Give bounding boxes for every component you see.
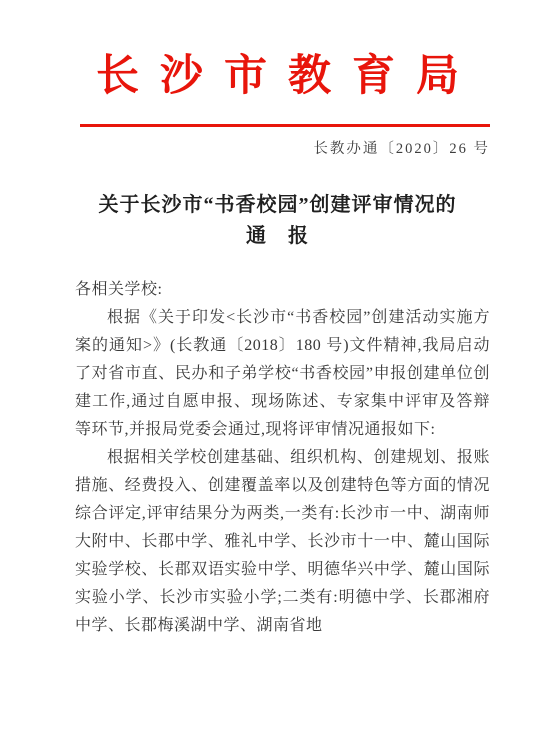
document-page: 长沙市教育局 长教办通〔2020〕26 号 关于长沙市“书香校园”创建评审情况的… xyxy=(0,0,555,729)
document-title-line1: 关于长沙市“书香校园”创建评审情况的 xyxy=(0,190,555,221)
letterhead-org-name: 长沙市教育局 xyxy=(0,42,555,103)
document-number: 长教办通〔2020〕26 号 xyxy=(313,137,490,158)
body-paragraph-2: 根据相关学校创建基础、组织机构、创建规划、报账措施、经费投入、创建覆盖率以及创建… xyxy=(75,444,490,640)
letterhead-rule xyxy=(80,124,490,127)
document-body: 各相关学校: 根据《关于印发<长沙市“书香校园”创建活动实施方案的通知>》(长教… xyxy=(75,276,490,640)
body-paragraph-1: 根据《关于印发<长沙市“书香校园”创建活动实施方案的通知>》(长教通〔2018〕… xyxy=(75,304,490,444)
document-title-line2: 通 报 xyxy=(0,221,555,252)
salutation: 各相关学校: xyxy=(75,276,490,304)
document-title: 关于长沙市“书香校园”创建评审情况的 通 报 xyxy=(0,190,555,252)
